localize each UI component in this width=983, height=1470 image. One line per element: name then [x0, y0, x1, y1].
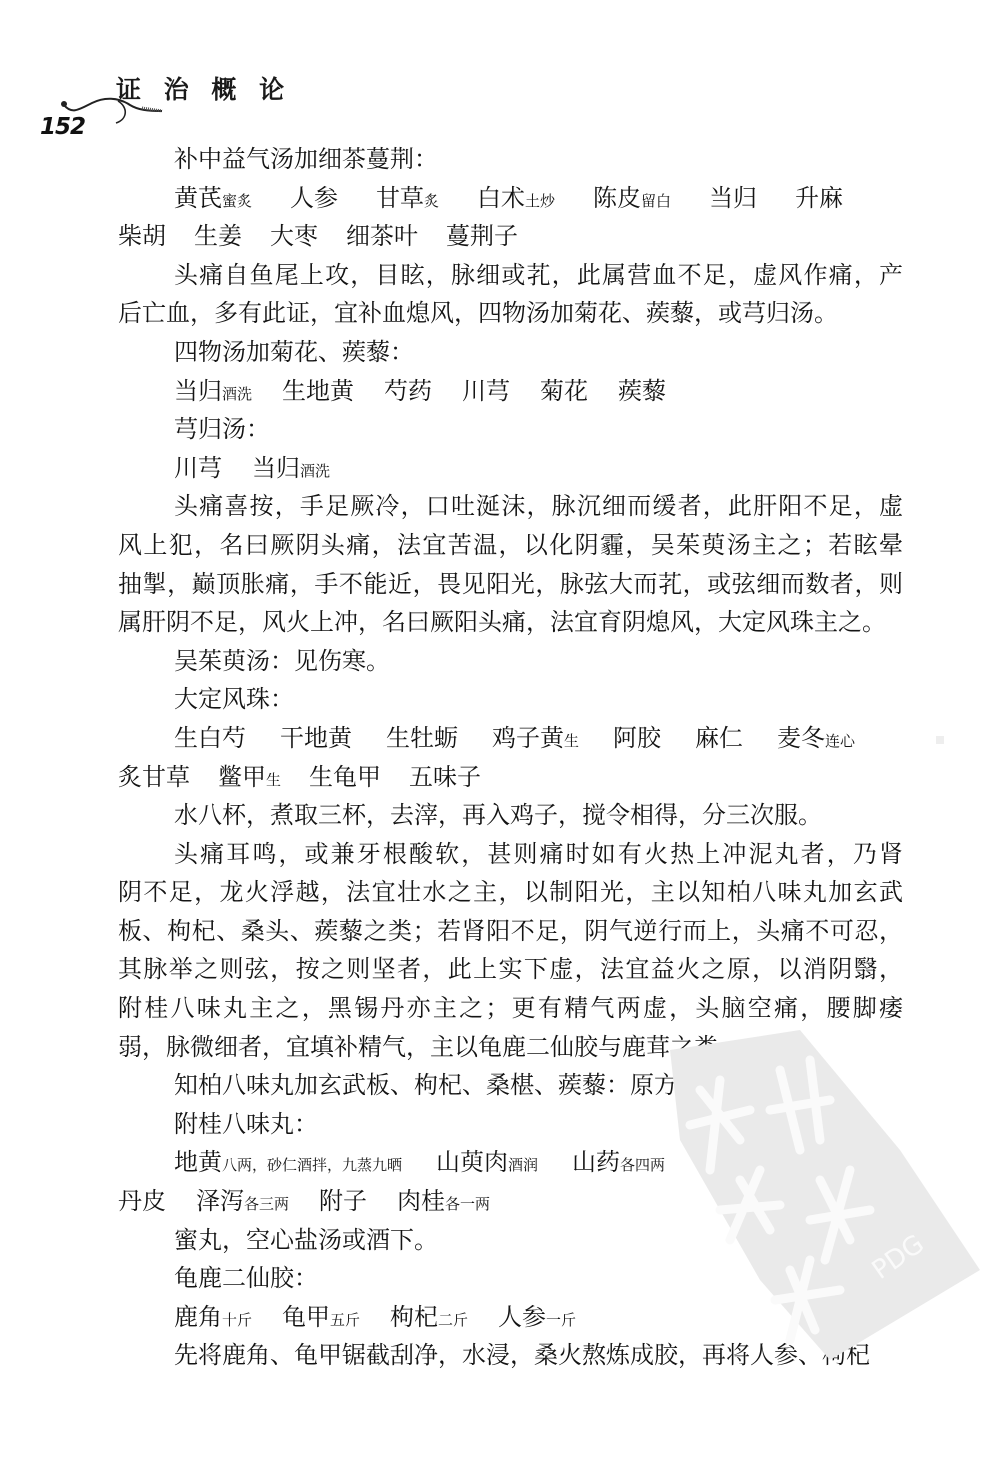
ingredient-line: 柴胡生姜大枣细茶叶蔓荆子 — [118, 217, 908, 256]
text-line: 补中益气汤加细茶蔓荆： — [118, 140, 908, 179]
ingredient-name: 柴胡 — [118, 222, 166, 250]
text-line: 附桂八味丸主之，黑锡丹亦主之；更有精气两虚，头脑空痛，腰脚痿 — [118, 989, 903, 1028]
ingredient: 鹿角十斤 — [174, 1298, 252, 1340]
text-line: 龟鹿二仙胶： — [118, 1259, 908, 1298]
ingredient: 地黄八两，砂仁酒拌，九蒸九晒 — [174, 1143, 402, 1185]
ingredient: 蔓荆子 — [446, 217, 518, 256]
ingredient-note: 二斤 — [438, 1311, 468, 1329]
ingredient: 阿胶 — [613, 719, 661, 758]
ingredient-name: 干地黄 — [280, 724, 352, 752]
ingredient: 山萸肉酒润 — [436, 1143, 538, 1185]
ingredient: 生牡蛎 — [386, 719, 458, 758]
text-line: 知柏八味丸加玄武板、枸杞、桑椹、蒺藜：原方见火症。 — [118, 1066, 908, 1105]
ingredient-name: 生牡蛎 — [386, 724, 458, 752]
ingredient: 白术土炒 — [477, 179, 555, 221]
ingredient: 山药各四两 — [572, 1143, 665, 1185]
ingredient-name: 当归 — [174, 377, 222, 405]
ingredient-name: 甘草 — [376, 184, 424, 212]
ingredient-name: 阿胶 — [613, 724, 661, 752]
text-line: 蜜丸，空心盐汤或酒下。 — [118, 1221, 908, 1260]
ingredient: 川芎 — [174, 449, 222, 488]
ingredient: 生白芍 — [174, 719, 246, 758]
text-line: 水八杯，煮取三杯，去滓，再入鸡子，搅令相得，分三次服。 — [118, 796, 908, 835]
ingredient: 当归酒洗 — [174, 372, 252, 414]
ingredient-name: 生白芍 — [174, 724, 246, 752]
ingredient-name: 大枣 — [270, 222, 318, 250]
ingredient: 炙甘草 — [118, 758, 190, 797]
ingredient-line: 生白芍干地黄生牡蛎鸡子黄生阿胶麻仁麦冬连心 — [118, 719, 908, 758]
ingredient-line: 鹿角十斤龟甲五斤枸杞二斤人参一斤 — [118, 1298, 908, 1337]
ingredient-name: 山药 — [572, 1148, 620, 1176]
ingredient-name: 山萸肉 — [436, 1148, 508, 1176]
text-line: 后亡血，多有此证，宜补血熄风，四物汤加菊花、蒺藜，或芎归汤。 — [118, 294, 908, 333]
ingredient: 鸡子黄生 — [492, 719, 579, 761]
ingredient-name: 人参 — [498, 1303, 546, 1331]
ingredient-name: 龟甲 — [282, 1303, 330, 1331]
ingredient-name: 麦冬 — [777, 724, 825, 752]
text-line: 阴不足，龙火浮越，法宜壮水之主，以制阳光，主以知柏八味丸加玄武 — [118, 873, 903, 912]
ingredient-name: 细茶叶 — [346, 222, 418, 250]
scan-mark — [936, 736, 944, 744]
ingredient: 五味子 — [409, 758, 481, 797]
text-line: 附桂八味丸： — [118, 1105, 908, 1144]
ingredient: 生龟甲 — [309, 758, 381, 797]
ingredient-note: 各三两 — [244, 1195, 289, 1213]
ingredient: 大枣 — [270, 217, 318, 256]
ingredient-name: 五味子 — [409, 763, 481, 791]
ingredient-name: 生地黄 — [282, 377, 354, 405]
text-line: 吴茱萸汤：见伤寒。 — [118, 642, 908, 681]
ingredient: 芍药 — [384, 372, 432, 411]
ingredient: 细茶叶 — [346, 217, 418, 256]
ingredient: 当归酒洗 — [252, 449, 330, 491]
ingredient: 枸杞二斤 — [390, 1298, 468, 1340]
ingredient-name: 茯苓 — [699, 1148, 747, 1176]
ingredient-name: 鹿角 — [174, 1303, 222, 1331]
ingredient-name: 黄芪 — [174, 184, 222, 212]
text-line: 板、枸杞、桑头、蒺藜之类；若肾阳不足，阴气逆行而上，头痛不可忍， — [118, 912, 903, 951]
ingredient: 人参一斤 — [498, 1298, 576, 1340]
ingredient: 人参 — [290, 179, 338, 218]
ingredient-line: 地黄八两，砂仁酒拌，九蒸九晒山萸肉酒润山药各四两茯苓乳拌 — [118, 1143, 908, 1182]
text-line: 头痛自鱼尾上攻，目眩，脉细或芤，此属营血不足，虚风作痛，产 — [118, 256, 903, 295]
text-line: 芎归汤： — [118, 410, 908, 449]
ingredient-line: 黄芪蜜炙人参甘草炙白术土炒陈皮留白当归升麻 — [118, 179, 908, 218]
text-line: 头痛耳鸣，或兼牙根酸软，甚则痛时如有火热上冲泥丸者，乃肾 — [118, 835, 903, 874]
ingredient-name: 川芎 — [462, 377, 510, 405]
ingredient-note: 蜜炙 — [222, 192, 252, 210]
ingredient-name: 人参 — [290, 184, 338, 212]
ingredient-name: 生姜 — [194, 222, 242, 250]
ingredient: 当归 — [709, 179, 757, 218]
ingredient: 川芎 — [462, 372, 510, 411]
ingredient-note: 土炒 — [525, 192, 555, 210]
ingredient-name: 陈皮 — [593, 184, 641, 212]
ingredient-note: 一斤 — [546, 1311, 576, 1329]
ingredient: 生地黄 — [282, 372, 354, 411]
ingredient-note: 十斤 — [222, 1311, 252, 1329]
ingredient-note: 酒洗 — [222, 385, 252, 403]
ingredient-name: 枸杞 — [390, 1303, 438, 1331]
ingredient-name: 蒺藜 — [618, 377, 666, 405]
ingredient: 黄芪蜜炙 — [174, 179, 252, 221]
ingredient-name: 肉桂 — [397, 1187, 445, 1215]
ingredient-name: 菊花 — [540, 377, 588, 405]
ingredient-name: 附子 — [319, 1187, 367, 1215]
ingredient-name: 鳖甲 — [218, 763, 266, 791]
ingredient-name: 蔓荆子 — [446, 222, 518, 250]
ingredient-note: 各四两 — [620, 1156, 665, 1174]
ingredient: 泽泻各三两 — [196, 1182, 289, 1224]
ingredient-name: 地黄 — [174, 1148, 222, 1176]
text-line: 属肝阴不足，风火上冲，名曰厥阳头痛，法宜育阴熄风，大定风珠主之。 — [118, 603, 908, 642]
ingredient-note: 连心 — [825, 732, 855, 750]
ingredient-line: 炙甘草鳖甲生生龟甲五味子 — [118, 758, 908, 797]
ingredient-note: 酒润 — [508, 1156, 538, 1174]
ingredient-name: 当归 — [252, 454, 300, 482]
ingredient-note: 酒洗 — [300, 462, 330, 480]
ingredient-note: 八两，砂仁酒拌，九蒸九晒 — [222, 1156, 402, 1174]
ingredient-note: 炙 — [424, 192, 439, 210]
ingredient-note: 生 — [564, 732, 579, 750]
ingredient-note: 五斤 — [330, 1311, 360, 1329]
ingredient-name: 炙甘草 — [118, 763, 190, 791]
ingredient: 柴胡 — [118, 217, 166, 256]
text-line: 先将鹿角、龟甲锯截刮净，水浸，桑火熬炼成胶，再将人参、枸杞 — [118, 1336, 908, 1375]
ingredient: 附子 — [319, 1182, 367, 1221]
ingredient-name: 生龟甲 — [309, 763, 381, 791]
ingredient-note: 生 — [266, 771, 281, 789]
ingredient-name: 芍药 — [384, 377, 432, 405]
text-line: 大定风珠： — [118, 680, 908, 719]
ingredient: 蒺藜 — [618, 372, 666, 411]
ingredient-line: 丹皮泽泻各三两附子肉桂各一两 — [118, 1182, 908, 1221]
body-text: 补中益气汤加细茶蔓荆：黄芪蜜炙人参甘草炙白术土炒陈皮留白当归升麻柴胡生姜大枣细茶… — [118, 140, 908, 1375]
ingredient-line: 川芎当归酒洗 — [118, 449, 908, 488]
ingredient: 鳖甲生 — [218, 758, 281, 800]
ingredient-name: 升麻 — [795, 184, 843, 212]
text-line: 风上犯，名曰厥阴头痛，法宜苦温，以化阴霾，吴茱萸汤主之；若眩晕 — [118, 526, 903, 565]
ingredient: 麻仁 — [695, 719, 743, 758]
ingredient-name: 当归 — [709, 184, 757, 212]
ingredient: 肉桂各一两 — [397, 1182, 490, 1224]
ingredient-note: 乳拌 — [747, 1156, 777, 1174]
ingredient: 菊花 — [540, 372, 588, 411]
book-page: 证 治 概 论 152 补中益气汤加细茶蔓荆：黄芪蜜炙人参甘草炙白术土炒陈皮留白… — [0, 0, 983, 1470]
ingredient: 麦冬连心 — [777, 719, 855, 761]
ingredient-name: 泽泻 — [196, 1187, 244, 1215]
ingredient-line: 当归酒洗生地黄芍药川芎菊花蒺藜 — [118, 372, 908, 411]
ingredient: 茯苓乳拌 — [699, 1143, 777, 1185]
ingredient-name: 丹皮 — [118, 1187, 166, 1215]
ingredient: 甘草炙 — [376, 179, 439, 221]
ingredient: 丹皮 — [118, 1182, 166, 1221]
ingredient: 生姜 — [194, 217, 242, 256]
ingredient: 陈皮留白 — [593, 179, 671, 221]
ingredient-name: 白术 — [477, 184, 525, 212]
ingredient-note: 留白 — [641, 192, 671, 210]
text-line: 抽掣，巅顶胀痛，手不能近，畏见阳光，脉弦大而芤，或弦细而数者，则 — [118, 565, 903, 604]
ingredient: 升麻 — [795, 179, 843, 218]
text-line: 弱，脉微细者，宜填补精气，主以龟鹿二仙胶与鹿茸之类。 — [118, 1028, 908, 1067]
ingredient-name: 川芎 — [174, 454, 222, 482]
ingredient: 干地黄 — [280, 719, 352, 758]
ingredient-note: 各一两 — [445, 1195, 490, 1213]
ingredient: 龟甲五斤 — [282, 1298, 360, 1340]
ingredient-name: 鸡子黄 — [492, 724, 564, 752]
page-number: 152 — [40, 114, 85, 140]
text-line: 其脉举之则弦，按之则坚者，此上实下虚，法宜益火之原，以消阴翳， — [118, 950, 903, 989]
ingredient-name: 麻仁 — [695, 724, 743, 752]
text-line: 头痛喜按，手足厥冷，口吐涎沫，脉沉细而缓者，此肝阳不足，虚 — [118, 487, 903, 526]
text-line: 四物汤加菊花、蒺藜： — [118, 333, 908, 372]
